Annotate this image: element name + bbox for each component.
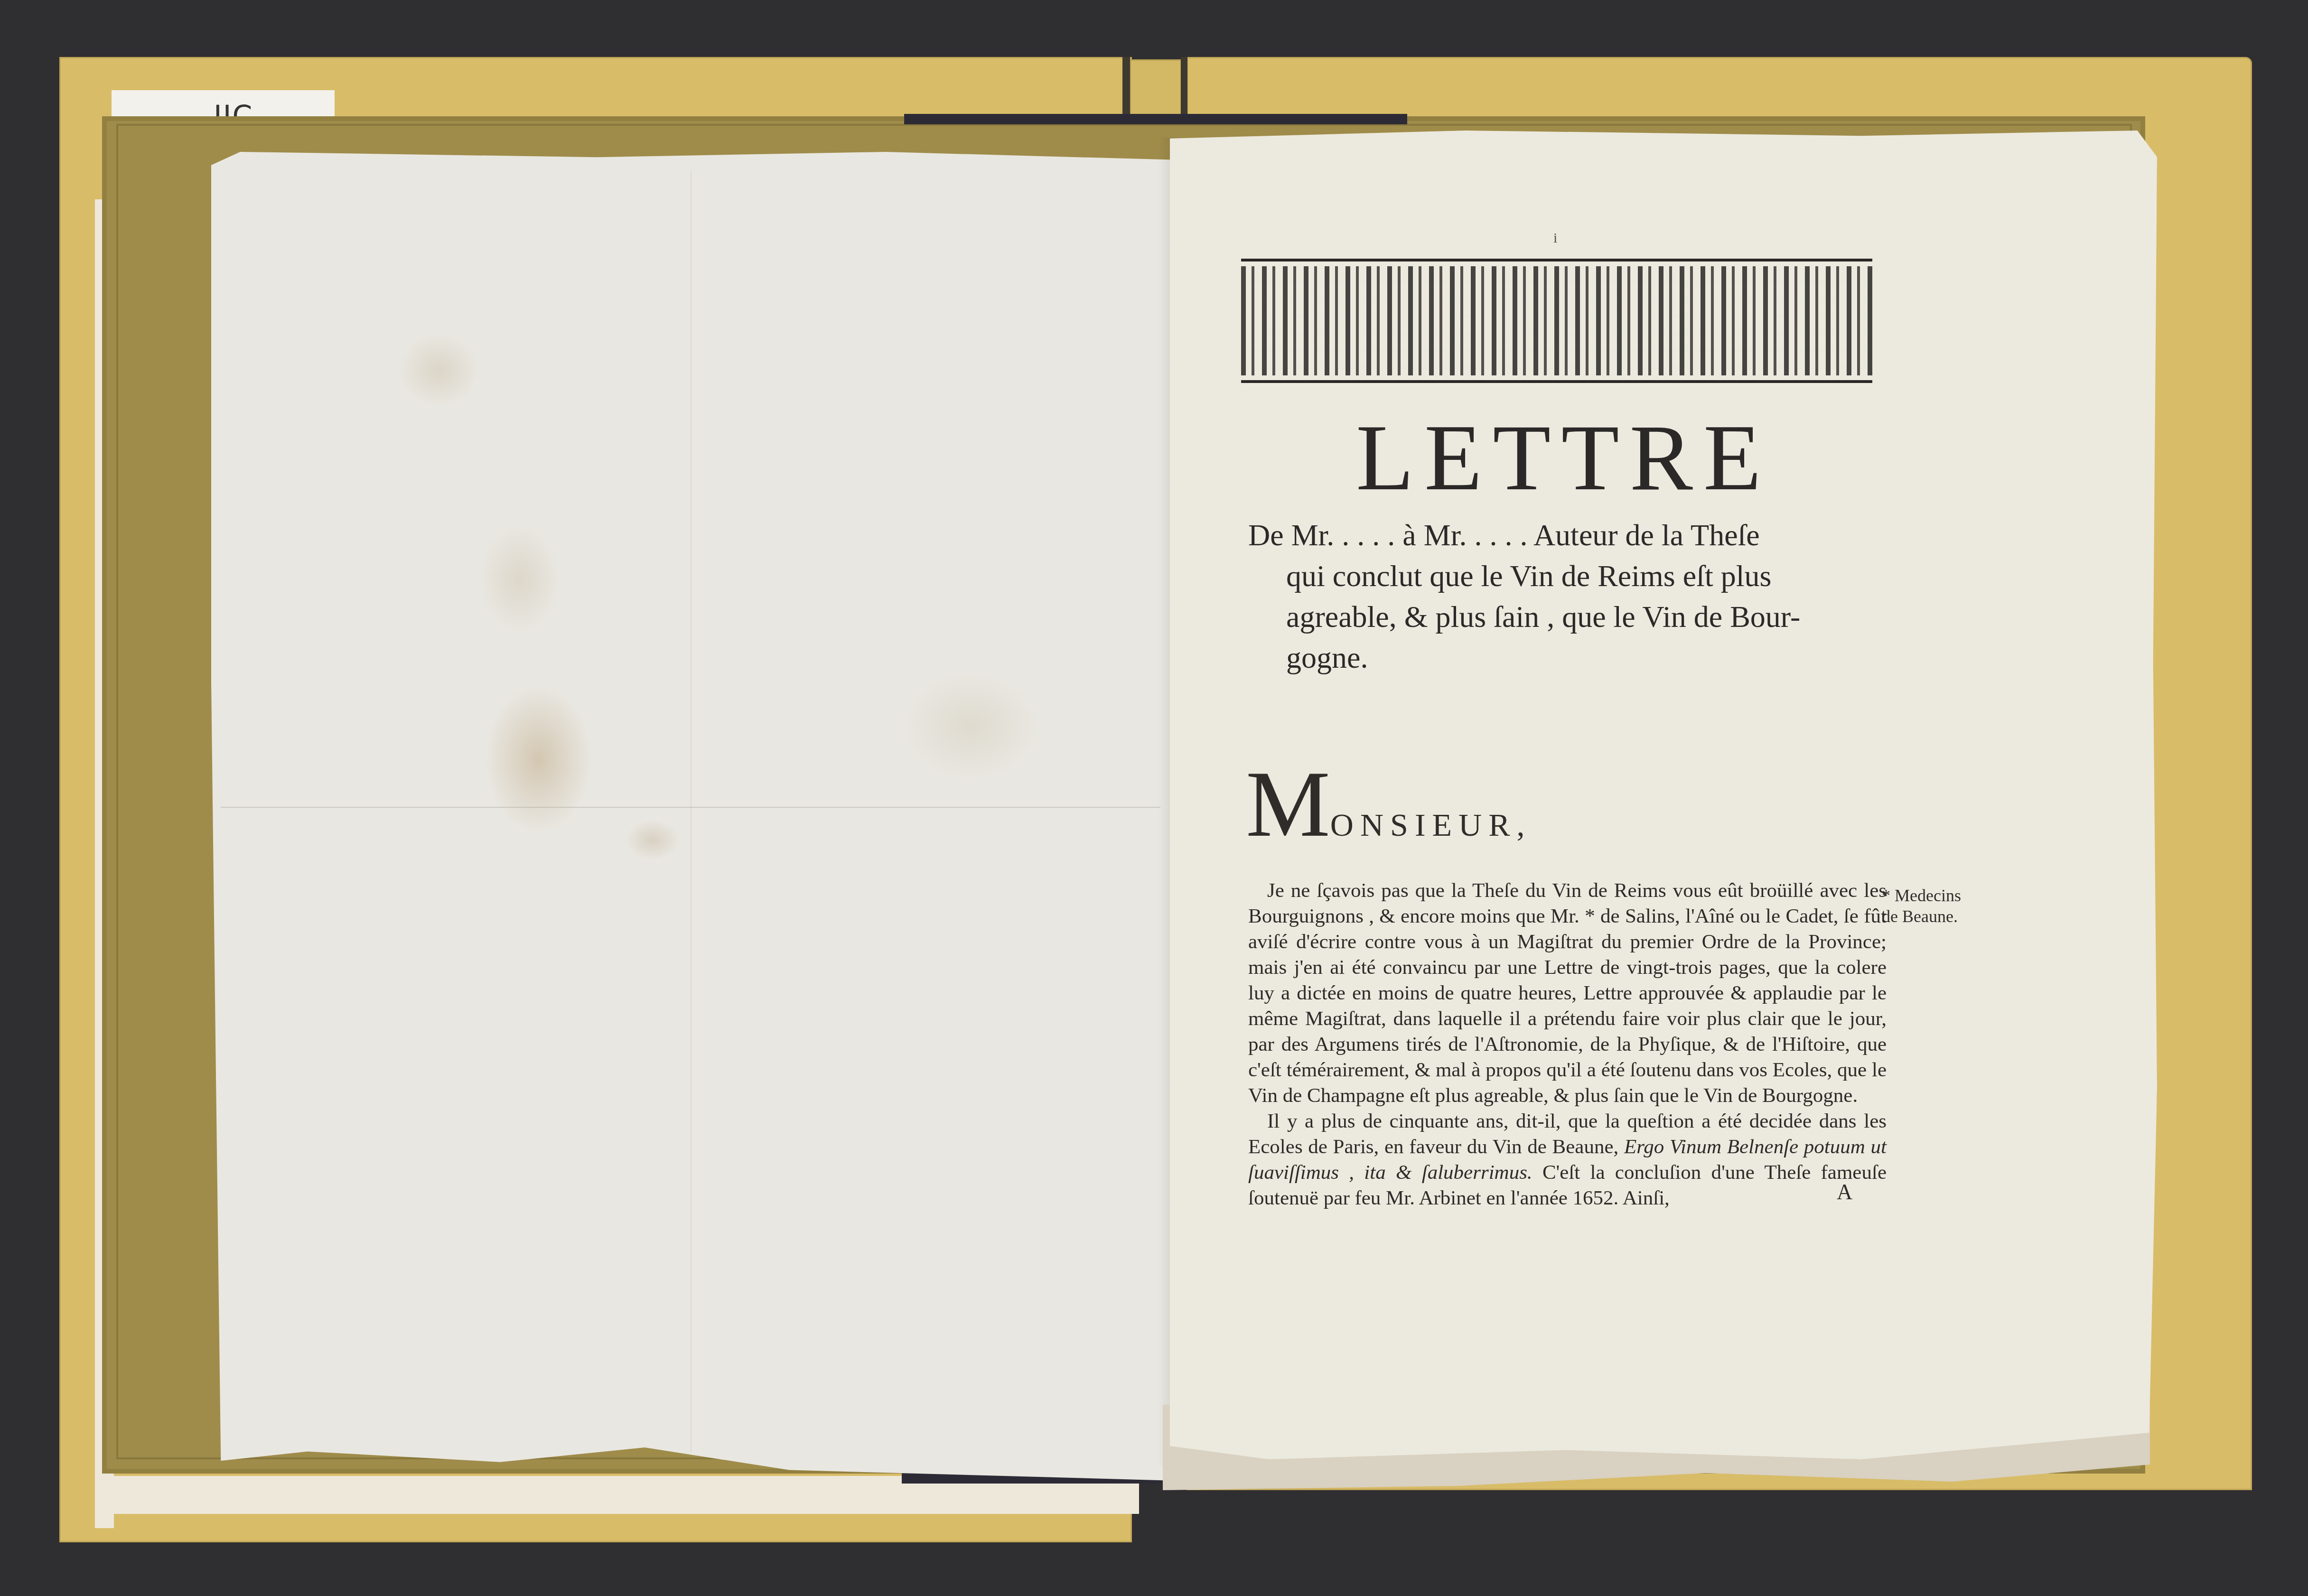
- subtitle: De Mr. . . . . à Mr. . . . . Auteur de l…: [1248, 515, 1894, 678]
- folio-mark: i: [1553, 230, 1557, 246]
- letter-body: Je ne ſçavois pas que la Theſe du Vin de…: [1248, 878, 1887, 1211]
- salutation-text: ONSIEUR,: [1330, 807, 1532, 843]
- subtitle-line: agreable, & plus ſain , que le Vin de Bo…: [1248, 597, 1894, 637]
- left-page-verso: [211, 152, 1175, 1481]
- margin-note-line: de Beaune.: [1882, 906, 1977, 927]
- salutation: MONSIEUR,: [1246, 757, 1673, 852]
- margin-note-line: * Medecins: [1882, 885, 1977, 906]
- right-page-recto: i LETTRE De Mr. . . . . à Mr. . . . . Au…: [1170, 131, 2157, 1459]
- margin-note: * Medecins de Beaune.: [1882, 885, 1977, 927]
- folder-spine-flap: [1130, 59, 1182, 116]
- subtitle-line: De Mr. . . . . à Mr. . . . . Auteur de l…: [1248, 515, 1894, 556]
- spine-divider: [1181, 57, 1187, 116]
- drop-cap: M: [1246, 752, 1330, 857]
- spine-divider: [1122, 57, 1130, 116]
- ornament-pattern: [1241, 266, 1872, 375]
- subtitle-line: qui conclut que le Vin de Reims eſt plus: [1248, 556, 1894, 597]
- headpiece-ornament: [1241, 259, 1872, 383]
- signature-mark: A: [1837, 1179, 1852, 1204]
- paper-fold-line: [691, 171, 691, 1452]
- body-paragraph: Je ne ſçavois pas que la Theſe du Vin de…: [1248, 878, 1887, 1109]
- document-title: LETTRE: [1255, 411, 1872, 505]
- spine-binding-strip: [904, 114, 1407, 124]
- subtitle-line: gogne.: [1248, 637, 1894, 678]
- body-paragraph: Il y a plus de cinquante ans, dit-il, qu…: [1248, 1109, 1887, 1211]
